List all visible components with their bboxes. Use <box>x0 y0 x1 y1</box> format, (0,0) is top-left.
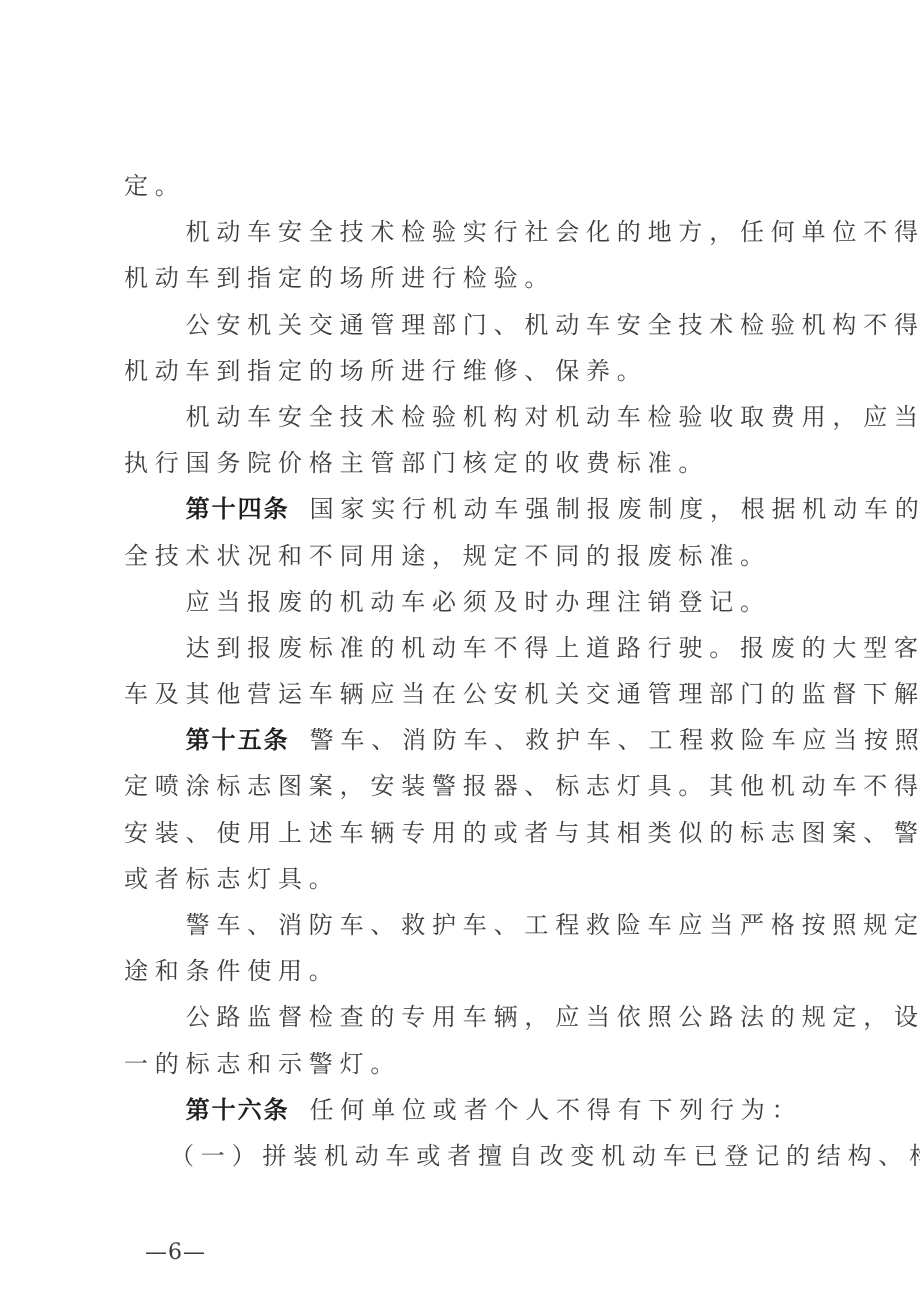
article-heading: 第十五条 <box>186 726 290 754</box>
article-text: 任何单位或者个人不得有下列行为： <box>310 1096 803 1124</box>
paragraph-line: 机动车安全技术检验实行社会化的地方，任何单位不得要求 <box>124 209 806 255</box>
article-heading: 第十四条 <box>186 495 290 523</box>
text-line-continuation: 定喷涂标志图案，安装警报器、标志灯具。其他机动车不得喷涂、 <box>124 763 806 809</box>
paragraph-line: 公路监督检查的专用车辆，应当依照公路法的规定，设置统 <box>124 994 806 1040</box>
paragraph-line: 应当报废的机动车必须及时办理注销登记。 <box>124 579 806 625</box>
paragraph-line: 机动车安全技术检验机构对机动车检验收取费用，应当严格 <box>124 394 806 440</box>
body-text: 定。 机动车安全技术检验实行社会化的地方，任何单位不得要求 机动车到指定的场所进… <box>124 163 806 1179</box>
paragraph-line: 达到报废标准的机动车不得上道路行驶。报废的大型客、货 <box>124 625 806 671</box>
article-text: 警车、消防车、救护车、工程救险车应当按照规 <box>310 726 920 754</box>
text-line-continuation: 安装、使用上述车辆专用的或者与其相类似的标志图案、警报器 <box>124 810 806 856</box>
document-page: 定。 机动车安全技术检验实行社会化的地方，任何单位不得要求 机动车到指定的场所进… <box>0 0 920 1301</box>
article-14-line: 第十四条国家实行机动车强制报废制度，根据机动车的安 <box>124 486 806 532</box>
text-line-continuation: 机动车到指定的场所进行检验。 <box>124 255 806 301</box>
paragraph-line: 警车、消防车、救护车、工程救险车应当严格按照规定的用 <box>124 902 806 948</box>
text-line-continuation: 一的标志和示警灯。 <box>124 1041 806 1087</box>
text-line-continuation: 全技术状况和不同用途，规定不同的报废标准。 <box>124 533 806 579</box>
paragraph-line: 公安机关交通管理部门、机动车安全技术检验机构不得要求 <box>124 302 806 348</box>
text-line-continuation: 或者标志灯具。 <box>124 856 806 902</box>
text-line-continuation: 执行国务院价格主管部门核定的收费标准。 <box>124 440 806 486</box>
list-item-line: （一）拼装机动车或者擅自改变机动车已登记的结构、构造 <box>124 1133 806 1179</box>
article-heading: 第十六条 <box>186 1096 290 1124</box>
text-line-continuation: 车及其他营运车辆应当在公安机关交通管理部门的监督下解体。 <box>124 671 806 717</box>
text-line-continuation: 机动车到指定的场所进行维修、保养。 <box>124 348 806 394</box>
article-text: 国家实行机动车强制报废制度，根据机动车的安 <box>310 495 920 523</box>
text-line-continuation: 途和条件使用。 <box>124 948 806 994</box>
page-number: —6— <box>145 1240 206 1265</box>
article-15-line: 第十五条警车、消防车、救护车、工程救险车应当按照规 <box>124 717 806 763</box>
text-line-continuation: 定。 <box>124 163 806 209</box>
article-16-line: 第十六条任何单位或者个人不得有下列行为： <box>124 1087 806 1133</box>
